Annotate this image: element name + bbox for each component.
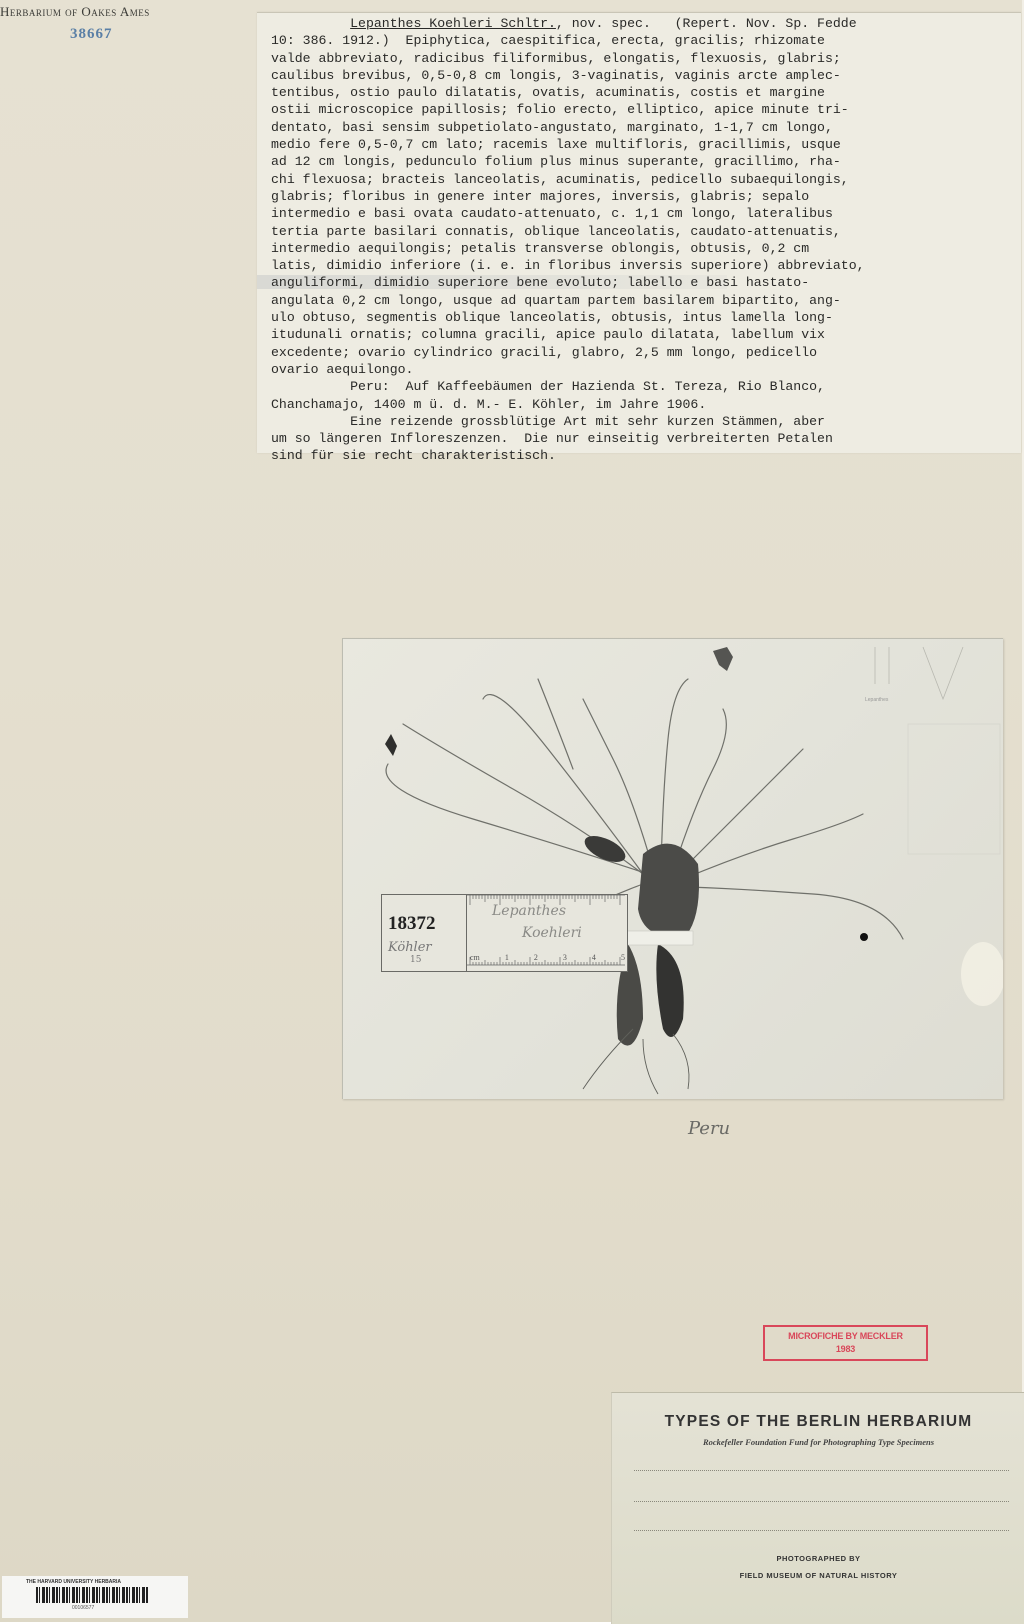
cm-tick-label: 2 <box>534 953 538 962</box>
collector-handwritten: Köhler <box>388 940 432 955</box>
herbarium-header: Herbarium of Oakes Ames <box>0 4 200 20</box>
stamp-line-1: MICROFICHE BY MECKLER <box>765 1330 926 1343</box>
cm-scale: cm12345 <box>470 953 625 962</box>
specimen-plant-drawing: Lepanthes <box>343 639 1003 1099</box>
genus-handwritten: Lepanthes <box>492 903 566 919</box>
description-line: tertia parte basilari connatis, oblique … <box>271 223 1011 240</box>
description-line: latis, dimidio inferiore (i. e. in flori… <box>271 257 1011 274</box>
collection-number: 18372 <box>388 913 436 935</box>
description-line: intermedio aequilongis; petalis transver… <box>271 240 1011 257</box>
institution: FIELD MUSEUM OF NATURAL HISTORY <box>612 1571 1024 1580</box>
description-line: intermedio e basi ovata caudato-attenuat… <box>271 205 1011 222</box>
description-line: valde abbreviato, radicibus filiformibus… <box>271 50 1011 67</box>
blank-line <box>634 1501 1009 1502</box>
barcode-label: THE HARVARD UNIVERSITY HERBARIA 00106577 <box>2 1576 188 1618</box>
photographed-by: PHOTOGRAPHED BY <box>612 1554 1024 1563</box>
species-description-label: Lepanthes Koehleri Schltr., nov. spec. (… <box>257 12 1021 453</box>
handwritten-locality: Peru <box>688 1118 730 1139</box>
herbarium-sheet: Herbarium of Oakes Ames 38667 Lepanthes … <box>0 0 1024 1622</box>
description-line: um so längeren Infloreszenzen. Die nur e… <box>271 430 1011 447</box>
blank-line <box>634 1470 1009 1471</box>
description-line: dentato, basi sensim subpetiolato-angust… <box>271 119 1011 136</box>
description-line: glabris; floribus in genere inter majore… <box>271 188 1011 205</box>
types-title: TYPES OF THE BERLIN HERBARIUM <box>612 1413 1024 1431</box>
description-text: Lepanthes Koehleri Schltr., nov. spec. (… <box>271 15 1011 465</box>
description-line: Chanchamajo, 1400 m ü. d. M.- E. Köhler,… <box>271 396 1011 413</box>
sketch-caption: Lepanthes <box>865 697 889 703</box>
small-number: 15 <box>410 955 421 965</box>
cm-tick-label: 1 <box>505 953 509 962</box>
description-line: medio fere 0,5-0,7 cm lato; racemis laxe… <box>271 136 1011 153</box>
description-line: ovario aequilongo. <box>271 361 1011 378</box>
description-line: chi flexuosa; bracteis lanceolatis, acum… <box>271 171 1011 188</box>
description-line: itudunali ornatis; columna gracili, apic… <box>271 326 1011 343</box>
description-line: Lepanthes Koehleri Schltr., nov. spec. (… <box>271 15 1011 32</box>
description-line: 10: 386. 1912.) Epiphytica, caespitifica… <box>271 32 1011 49</box>
cm-tick-label: 4 <box>592 953 596 962</box>
description-line: ostii microscopice papillosis; folio ere… <box>271 101 1011 118</box>
specimen-photograph: Lepanthes 18372 Köhler 15 Lepanthes Koeh… <box>342 638 1003 1099</box>
barcode-caption: THE HARVARD UNIVERSITY HERBARIA <box>26 1579 121 1585</box>
cm-tick-label: 5 <box>621 953 625 962</box>
description-line: anguliformi, dimidio superiore bene evol… <box>271 274 1011 291</box>
accession-number: 38667 <box>70 26 113 43</box>
description-line: angulata 0,2 cm longo, usque ad quartam … <box>271 292 1011 309</box>
species-handwritten: Koehleri <box>522 925 582 941</box>
types-subtitle: Rockefeller Foundation Fund for Photogra… <box>612 1437 1024 1447</box>
description-line: tentibus, ostio paulo dilatatis, ovatis,… <box>271 84 1011 101</box>
barcode-number: 00106577 <box>72 1605 94 1611</box>
description-line: ulo obtuso, segmentis oblique lanceolati… <box>271 309 1011 326</box>
barcode <box>36 1587 148 1603</box>
cm-tick-label: 3 <box>563 953 567 962</box>
description-line: caulibus brevibus, 0,5-0,8 cm longis, 3-… <box>271 67 1011 84</box>
berlin-types-label: TYPES OF THE BERLIN HERBARIUM Rockefelle… <box>611 1392 1024 1624</box>
blank-line <box>634 1530 1009 1531</box>
microfiche-stamp: MICROFICHE BY MECKLER 1983 <box>763 1325 928 1361</box>
cm-tick-label: cm <box>470 953 480 962</box>
description-line: ad 12 cm longis, pedunculo folium plus m… <box>271 153 1011 170</box>
collection-ruler-label: 18372 Köhler 15 Lepanthes Koehleri cm123… <box>381 894 628 972</box>
description-line: sind für sie recht charakteristisch. <box>271 447 1011 464</box>
stamp-line-2: 1983 <box>765 1343 926 1356</box>
description-line: Peru: Auf Kaffeebäumen der Hazienda St. … <box>271 378 1011 395</box>
description-line: excedente; ovario cylindrico gracili, gl… <box>271 344 1011 361</box>
description-line: Eine reizende grossblütige Art mit sehr … <box>271 413 1011 430</box>
